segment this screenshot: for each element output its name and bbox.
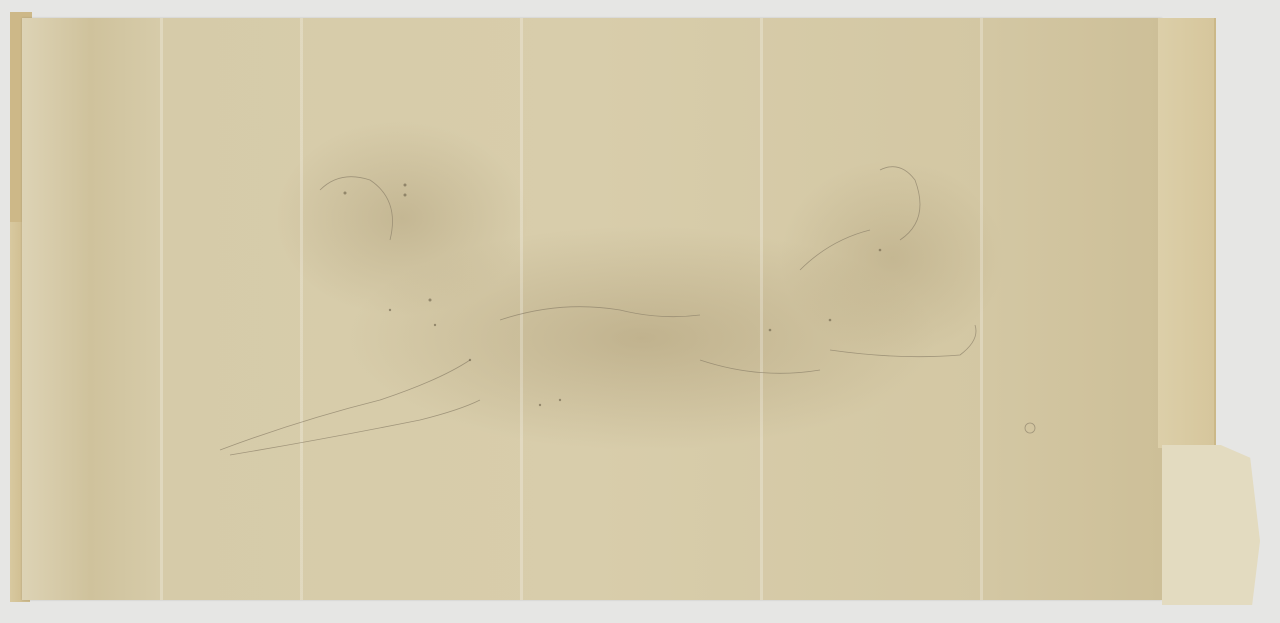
pencil-sketch <box>0 0 1280 623</box>
